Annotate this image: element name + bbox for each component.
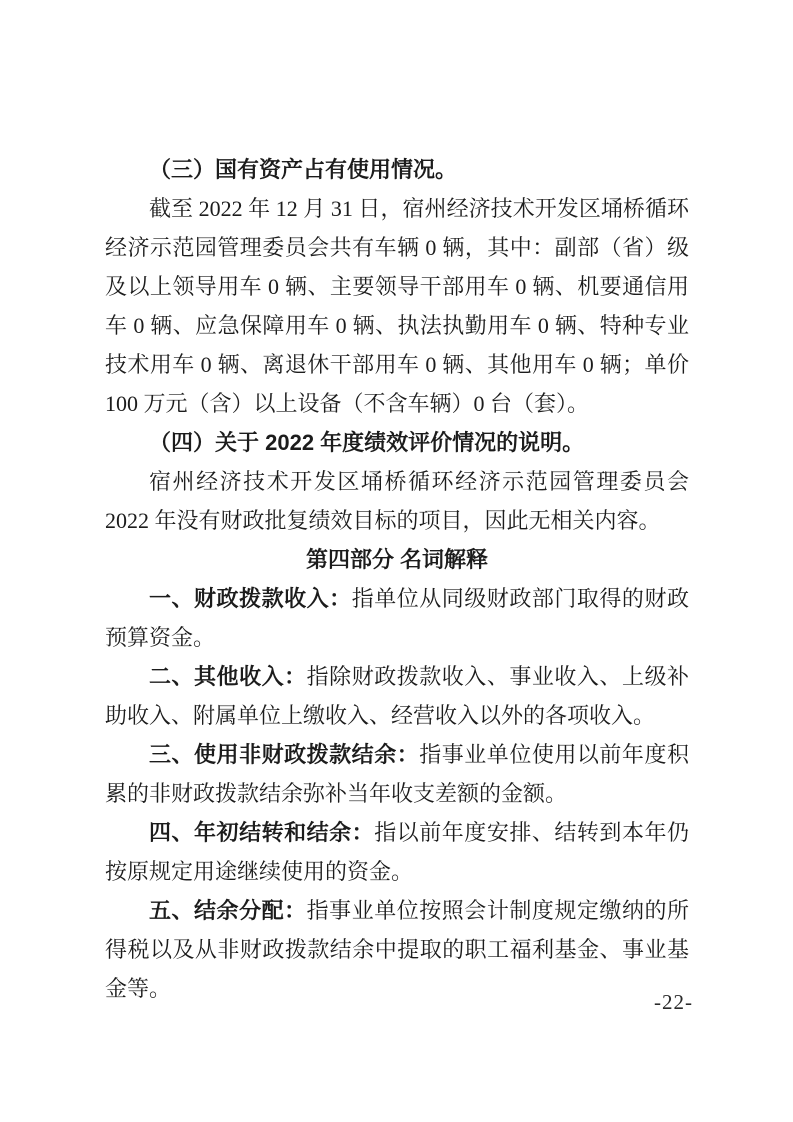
term-item-3: 三、使用非财政拨款结余：指事业单位使用以前年度积累的非财政拨款结余弥补当年收支差…: [105, 735, 689, 813]
term-1-title: 一、财政拨款收入：: [149, 586, 352, 611]
paragraph-vehicle-assets: 截至 2022 年 12 月 31 日，宿州经济技术开发区埇桥循环经济示范园管理…: [105, 189, 689, 423]
term-2-title: 二、其他收入：: [149, 664, 307, 689]
paragraph-performance-note: 宿州经济技术开发区埇桥循环经济示范园管理委员会 2022 年没有财政批复绩效目标…: [105, 462, 689, 540]
heading-part-four-glossary: 第四部分 名词解释: [105, 540, 689, 579]
document-page: （三）国有资产占有使用情况。 截至 2022 年 12 月 31 日，宿州经济技…: [0, 0, 793, 1122]
term-4-title: 四、年初结转和结余：: [149, 820, 374, 845]
term-5-title: 五、结余分配：: [149, 898, 307, 923]
term-item-5: 五、结余分配：指事业单位按照会计制度规定缴纳的所得税以及从非财政拨款结余中提取的…: [105, 891, 689, 1008]
document-content: （三）国有资产占有使用情况。 截至 2022 年 12 月 31 日，宿州经济技…: [105, 150, 689, 1008]
term-item-1: 一、财政拨款收入：指单位从同级财政部门取得的财政预算资金。: [105, 579, 689, 657]
page-number: -22-: [654, 990, 693, 1014]
heading-state-assets-usage: （三）国有资产占有使用情况。: [105, 150, 689, 189]
term-item-2: 二、其他收入：指除财政拨款收入、事业收入、上级补助收入、附属单位上缴收入、经营收…: [105, 657, 689, 735]
heading-performance-evaluation: （四）关于 2022 年度绩效评价情况的说明。: [105, 423, 689, 462]
term-3-title: 三、使用非财政拨款结余：: [149, 742, 419, 767]
term-item-4: 四、年初结转和结余：指以前年度安排、结转到本年仍按原规定用途继续使用的资金。: [105, 813, 689, 891]
